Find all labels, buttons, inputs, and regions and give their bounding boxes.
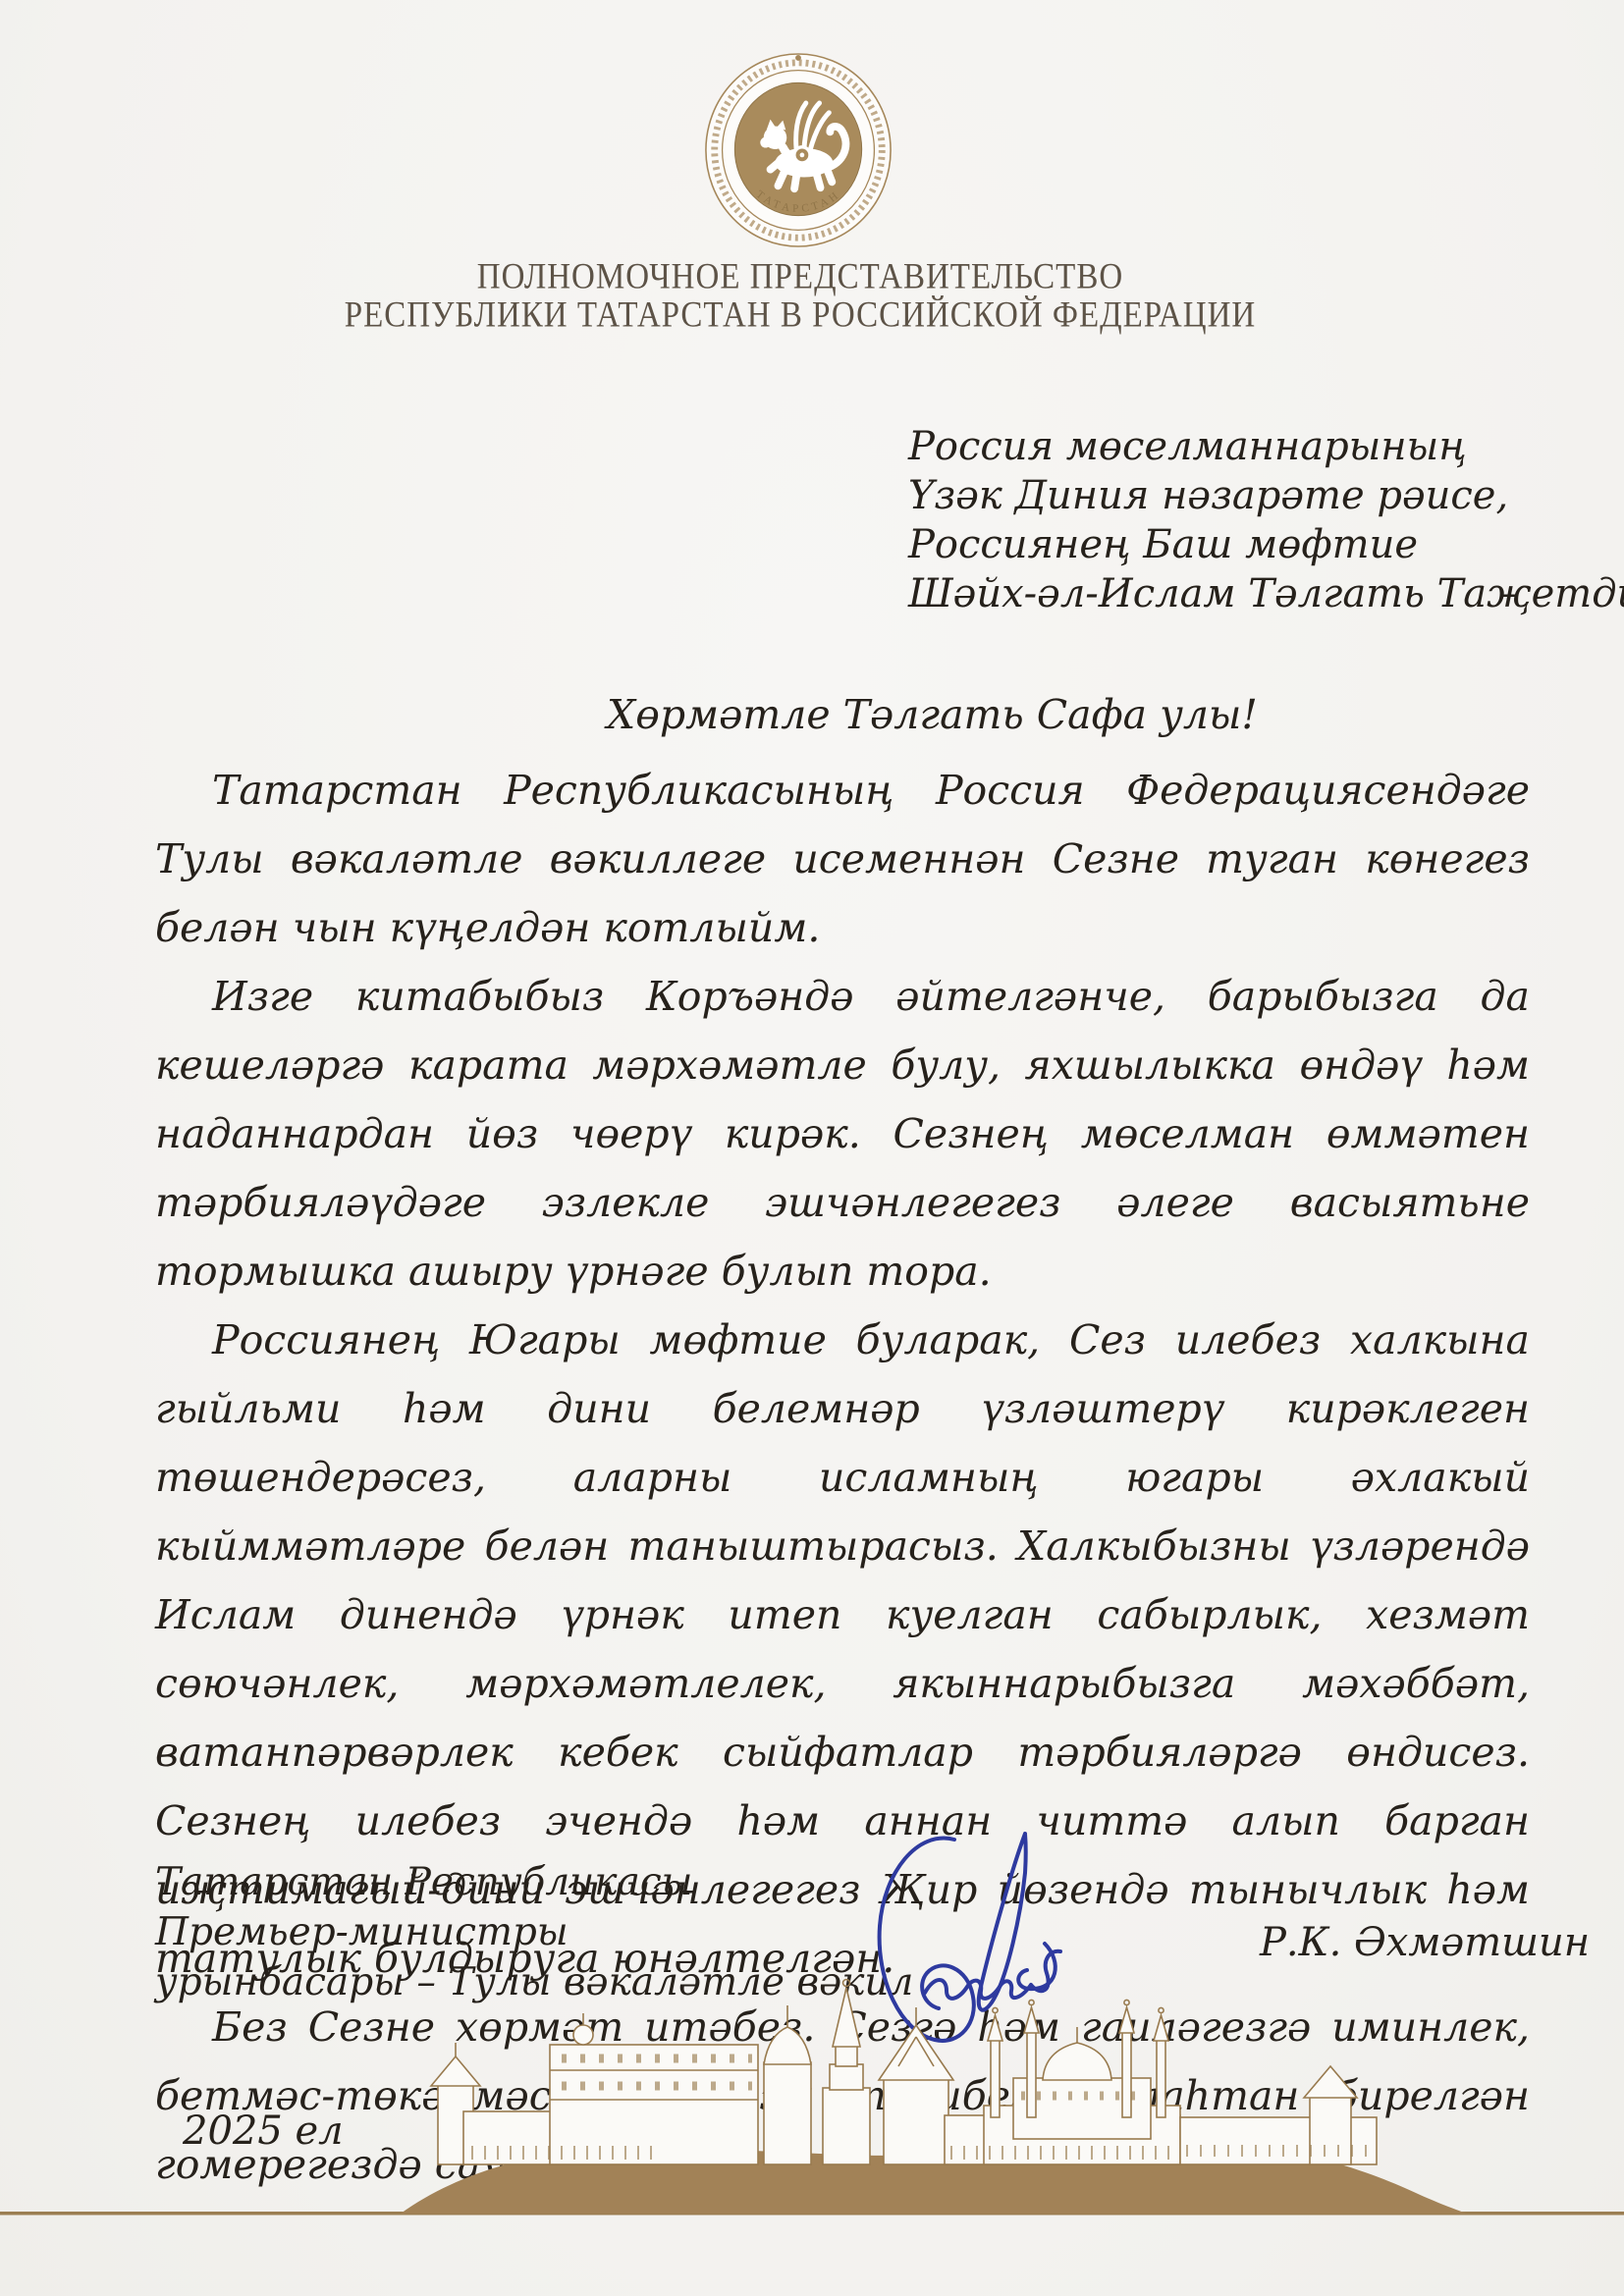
signee-name: Р.К. Әхмәтшин [1260,1920,1590,1965]
addressee-line: Шәйх-әл-Ислам Тәлгать Таҗетдинга [908,569,1624,618]
letterhead-org-line1: ПОЛНОМОЧНОЕ ПРЕДСТАВИТЕЛЬСТВО [0,257,1600,297]
kazan-kremlin-skyline-illustration [0,1968,1624,2272]
addressee-block: Россия мөселманнарының Үзәк Диния нәзарә… [908,422,1624,618]
signature-position-line: Татарстан Республикасы [155,1857,913,1907]
addressee-line: Россия мөселманнарының [908,422,1624,471]
addressee-line: Россиянең Баш мөфтие [908,520,1624,569]
salutation: Хөрмәтле Тәлгать Сафа улы! [607,691,1258,738]
tatarstan-seal-icon: ТАТАРСТАН [702,51,894,249]
signature-position-line: Премьер-министры [155,1907,913,1957]
addressee-line: Үзәк Диния нәзарәте рәисе, [908,471,1624,520]
letterhead-org-line2: РЕСПУБЛИКИ ТАТАРСТАН В РОССИЙСКОЙ ФЕДЕРА… [0,295,1600,336]
body-paragraph: Изге китабыбыз Коръәндә әйтелгәнче, бары… [155,962,1530,1306]
letter-page: ТАТАРСТАН ПОЛНОМОЧНОЕ ПРЕДСТАВИТЕЛЬСТВО … [0,0,1624,2296]
body-paragraph: Татарстан Республикасының Россия Федерац… [155,756,1530,962]
